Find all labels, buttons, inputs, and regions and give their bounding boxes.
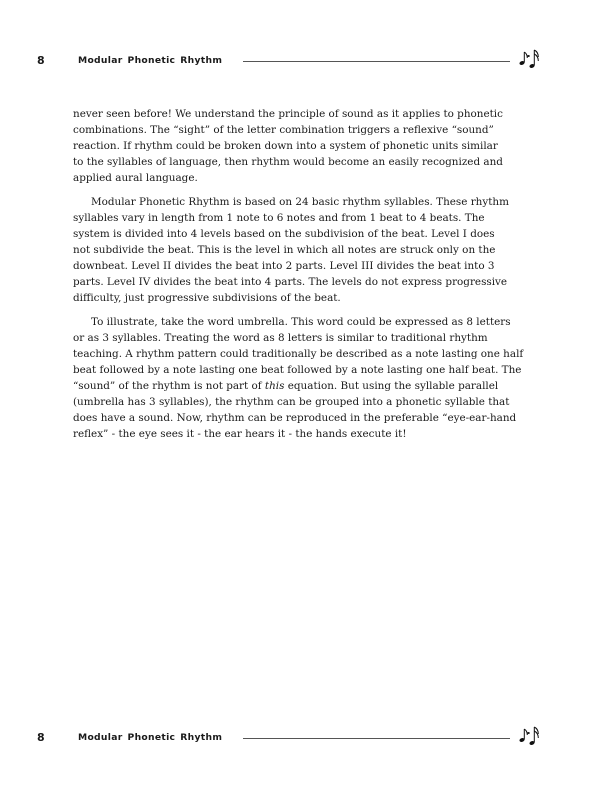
text-line-with-emphasis: “sound” of the rhythm is not part of thi…: [73, 378, 513, 394]
text-segment: “sound” of the rhythm is not part of: [73, 380, 265, 392]
text-line: to the syllables of language, then rhyth…: [73, 154, 513, 170]
text-line: parts. Level IV divides the beat into 4 …: [73, 274, 513, 290]
running-title: Modular Phonetic Rhythm: [78, 729, 222, 747]
text-line: (umbrella has 3 syllables), the rhythm c…: [73, 394, 513, 410]
page-header: 8 Modular Phonetic Rhythm: [0, 52, 612, 72]
emphasized-word: this: [265, 380, 285, 392]
text-line: never seen before! We understand the pri…: [73, 106, 513, 122]
text-line: teaching. A rhythm pattern could traditi…: [73, 346, 513, 362]
text-line: beat followed by a note lasting one beat…: [73, 362, 513, 378]
text-line: combinations. The “sight” of the letter …: [73, 122, 513, 138]
eighth-notes-icon: [518, 48, 542, 70]
page-footer: 8 Modular Phonetic Rhythm: [0, 729, 612, 749]
text-line: reaction. If rhythm could be broken down…: [73, 138, 513, 154]
paragraph-1: never seen before! We understand the pri…: [73, 106, 513, 186]
text-line: Modular Phonetic Rhythm is based on 24 b…: [73, 194, 513, 210]
text-line: difficulty, just progressive subdivision…: [73, 290, 513, 306]
paragraph-2: Modular Phonetic Rhythm is based on 24 b…: [73, 194, 513, 306]
page-number: 8: [37, 52, 45, 70]
page-number: 8: [37, 729, 45, 747]
text-line: applied aural language.: [73, 170, 513, 186]
text-line: or as 3 syllables. Treating the word as …: [73, 330, 513, 346]
text-line: To illustrate, take the word umbrella. T…: [73, 314, 513, 330]
text-line: not subdivide the beat. This is the leve…: [73, 242, 513, 258]
text-line: downbeat. Level II divides the beat into…: [73, 258, 513, 274]
header-rule: [243, 61, 510, 62]
text-line: does have a sound. Now, rhythm can be re…: [73, 410, 513, 426]
eighth-notes-icon: [518, 725, 542, 747]
text-line: system is divided into 4 levels based on…: [73, 226, 513, 242]
text-line: reflex” - the eye sees it - the ear hear…: [73, 426, 513, 442]
running-title: Modular Phonetic Rhythm: [78, 52, 222, 70]
text-segment: equation. But using the syllable paralle…: [284, 380, 498, 392]
text-line: syllables vary in length from 1 note to …: [73, 210, 513, 226]
footer-rule: [243, 738, 510, 739]
body-text: never seen before! We understand the pri…: [73, 106, 513, 450]
paragraph-3: To illustrate, take the word umbrella. T…: [73, 314, 513, 442]
